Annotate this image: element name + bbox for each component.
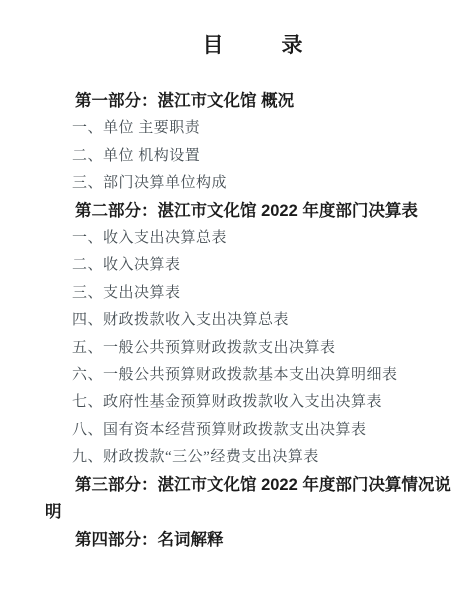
toc-section-heading-2: 第二部分：湛江市文化馆 2022 年度部门决算表 xyxy=(45,198,460,225)
toc-item: 八、国有资本经营预算财政拨款支出决算表 xyxy=(45,417,460,444)
toc-item: 五、一般公共预算财政拨款支出决算表 xyxy=(45,335,460,362)
toc-title: 目 录 xyxy=(45,32,460,60)
toc-item: 九、财政拨款“三公”经费支出决算表 xyxy=(45,444,460,471)
toc-title-char-1: 目 xyxy=(203,32,224,60)
toc-item: 二、收入决算表 xyxy=(45,252,460,279)
toc-item: 一、收入支出决算总表 xyxy=(45,225,460,252)
toc-body: 第一部分：湛江市文化馆 概况一、单位 主要职责二、单位 机构设置三、部门决算单位… xyxy=(45,88,460,554)
toc-item: 一、单位 主要职责 xyxy=(45,115,460,142)
toc-item: 六、一般公共预算财政拨款基本支出决算明细表 xyxy=(45,362,460,389)
toc-item: 三、支出决算表 xyxy=(45,280,460,307)
toc-item: 三、部门决算单位构成 xyxy=(45,170,460,197)
toc-section-heading-1: 第一部分：湛江市文化馆 概况 xyxy=(45,88,460,115)
toc-item: 七、政府性基金预算财政拨款收入支出决算表 xyxy=(45,389,460,416)
toc-section-heading-3: 第三部分：湛江市文化馆 2022 年度部门决算情况说明 xyxy=(45,472,460,527)
document-page: 目 录 第一部分：湛江市文化馆 概况一、单位 主要职责二、单位 机构设置三、部门… xyxy=(0,0,473,591)
toc-item: 二、单位 机构设置 xyxy=(45,143,460,170)
toc-title-char-2: 录 xyxy=(282,32,303,60)
toc-item: 四、财政拨款收入支出决算总表 xyxy=(45,307,460,334)
toc-section-heading-4: 第四部分：名词解释 xyxy=(45,527,460,554)
